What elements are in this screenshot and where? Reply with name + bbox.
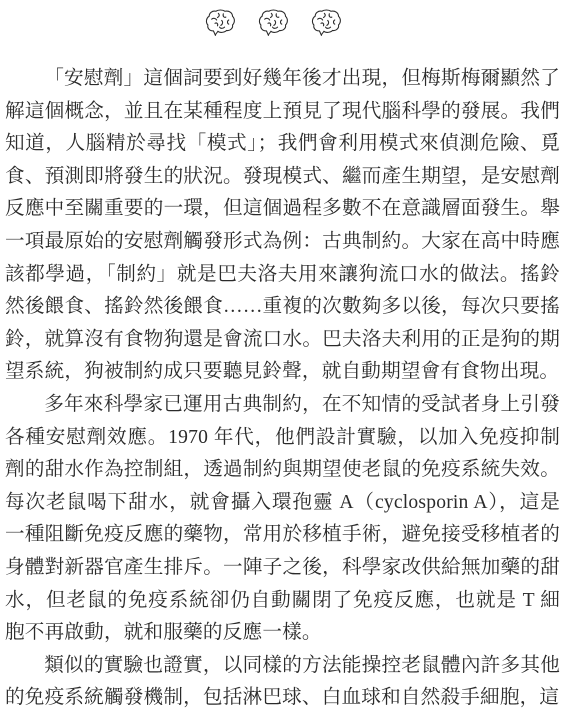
paragraph-similar-experiments: 類似的實驗也證實，以同樣的方法能操控老鼠體內許多其他的免疫系統觸發機制，包括淋巴…: [5, 650, 560, 713]
page-body-text: 「安慰劑」這個詞要到好幾年後才出現，但梅斯梅爾顯然了解這個概念，並且在某種程度上…: [5, 63, 560, 713]
paragraph-placebo-intro: 「安慰劑」這個詞要到好幾年後才出現，但梅斯梅爾顯然了解這個概念，並且在某種程度上…: [5, 63, 560, 389]
section-divider: [0, 7, 550, 37]
brain-icon: [258, 9, 288, 36]
paragraph-conditioning-experiment: 多年來科學家已運用古典制約，在不知情的受試者身上引發各種安慰劑效應。1970 年…: [5, 389, 560, 650]
book-page: 「安慰劑」這個詞要到好幾年後才出現，但梅斯梅爾顯然了解這個概念，並且在某種程度上…: [0, 0, 565, 713]
brain-icon: [205, 9, 235, 36]
brain-icon: [311, 9, 341, 36]
